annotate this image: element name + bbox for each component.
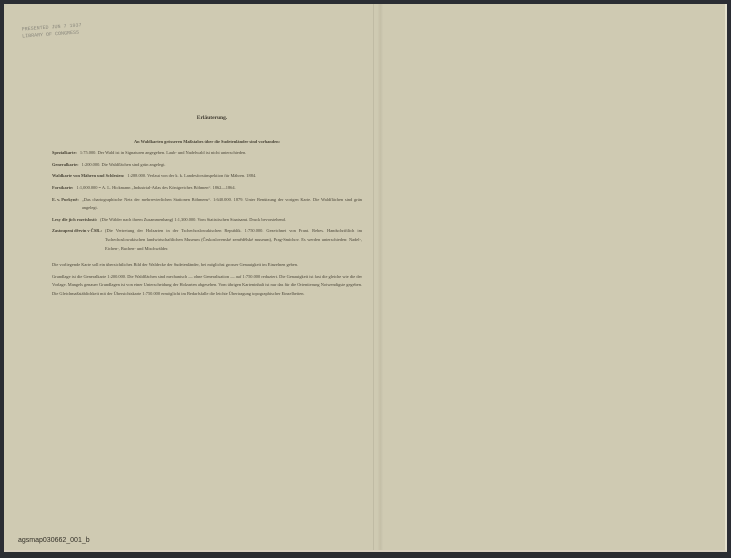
entry-label: Forstkarte:: [52, 184, 73, 193]
paragraph-purpose: Die vorliegende Karte soll ein übersicht…: [52, 261, 362, 270]
subheading: An Waldkarten grösseren Maßstabes über d…: [52, 138, 362, 147]
entry-spezialkarte: Spezialkarte: 1:75.000. Der Wald ist in …: [52, 149, 362, 158]
entry-text: (Die Vertretung der Holzarten in der Tsc…: [105, 227, 362, 253]
entry-lesy: Lesy dle jich rozvislosti: (Die Wälder n…: [52, 216, 362, 225]
entry-zastoupeni: Zastoupení dřevin v ČSR.: (Die Vertretun…: [52, 227, 362, 253]
entry-label: E. v. Purkyně:: [52, 196, 79, 213]
entry-text: 1:1,000.000 = A. L. Hickmann „Industrial…: [76, 184, 235, 193]
entry-label: Zastoupení dřevin v ČSR.:: [52, 227, 102, 253]
paragraph-basis: Grundlage ist die Generalkarte 1:200.000…: [52, 273, 362, 299]
entry-waldkarte-maehren: Waldkarte von Mähren und Schlesien: 1:28…: [52, 172, 362, 181]
legend-text-block: Erläuterung. An Waldkarten grösseren Maß…: [52, 114, 362, 299]
entry-text: 1:200.000. Die Waldflächen sind grün ang…: [82, 161, 166, 170]
file-identifier: agsmap030662_001_b: [18, 537, 90, 544]
document-title: Erläuterung.: [62, 114, 362, 123]
entry-purkyne: E. v. Purkyně: „Das chartographische Net…: [52, 196, 362, 213]
entry-label: Generalkarte:: [52, 161, 79, 170]
library-stamp: PRESENTED JUN 7 1937 LIBRARY OF CONGRESS: [21, 22, 94, 45]
entry-text: „Das chartographische Netz der mehrrevie…: [82, 196, 362, 213]
center-fold: [373, 4, 374, 550]
entry-label: Lesy dle jich rozvislosti:: [52, 216, 97, 225]
entry-text: 1:288.000. Verlaut von der k. k. Landesf…: [127, 172, 256, 181]
entry-label: Waldkarte von Mähren und Schlesien:: [52, 172, 124, 181]
entry-forstkarte: Forstkarte: 1:1,000.000 = A. L. Hickmann…: [52, 184, 362, 193]
entry-text: (Die Wälder nach ihrem Zusammenhang) 1:1…: [100, 216, 286, 225]
entry-generalkarte: Generalkarte: 1:200.000. Die Waldflächen…: [52, 161, 362, 170]
entry-label: Spezialkarte:: [52, 149, 77, 158]
entry-text: 1:75.000. Der Wald ist in Signaturen ang…: [80, 149, 246, 158]
